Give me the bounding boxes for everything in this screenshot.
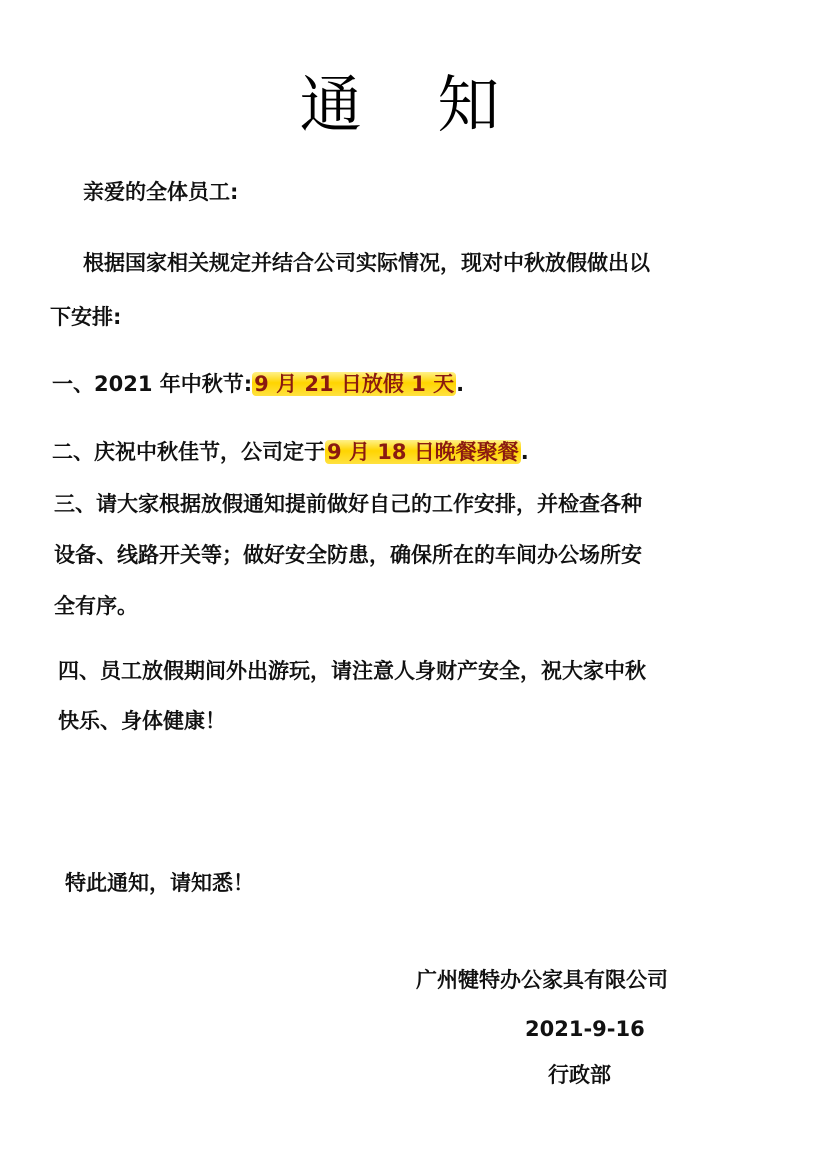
item-2-highlight: 9 月 18 日晚餐聚餐 xyxy=(325,440,521,464)
item-4-line-1: 四、员工放假期间外出游玩，请注意人身财产安全，祝大家中秋 xyxy=(58,656,646,686)
item-2-suffix: . xyxy=(521,440,529,464)
closing-remark: 特此通知，请知悉！ xyxy=(65,868,254,898)
item-2-prefix: 二、庆祝中秋佳节，公司定于 xyxy=(52,440,325,464)
intro-line-1: 根据国家相关规定并结合公司实际情况，现对中秋放假做出以 xyxy=(83,248,650,278)
item-3-line-1: 三、请大家根据放假通知提前做好自己的工作安排，并检查各种 xyxy=(54,489,642,519)
item-1: 一、2021 年中秋节:9 月 21 日放假 1 天. xyxy=(52,369,464,399)
item-3-line-3: 全有序。 xyxy=(54,591,138,621)
item-1-prefix: 一、2021 年中秋节: xyxy=(52,372,252,396)
notice-title: 通 知 xyxy=(0,70,827,140)
item-1-suffix: . xyxy=(456,372,464,396)
signature-company: 广州犍特办公家具有限公司 xyxy=(416,965,668,995)
item-1-highlight: 9 月 21 日放假 1 天 xyxy=(252,372,456,396)
item-2: 二、庆祝中秋佳节，公司定于9 月 18 日晚餐聚餐. xyxy=(52,437,529,467)
intro-line-2: 下安排: xyxy=(50,302,121,332)
item-4-line-2: 快乐、身体健康！ xyxy=(58,706,226,736)
signature-date: 2021-9-16 xyxy=(525,1014,645,1044)
salutation: 亲爱的全体员工: xyxy=(83,177,238,207)
signature-department: 行政部 xyxy=(548,1060,611,1090)
item-3-line-2: 设备、线路开关等；做好安全防患，确保所在的车间办公场所安 xyxy=(54,540,642,570)
